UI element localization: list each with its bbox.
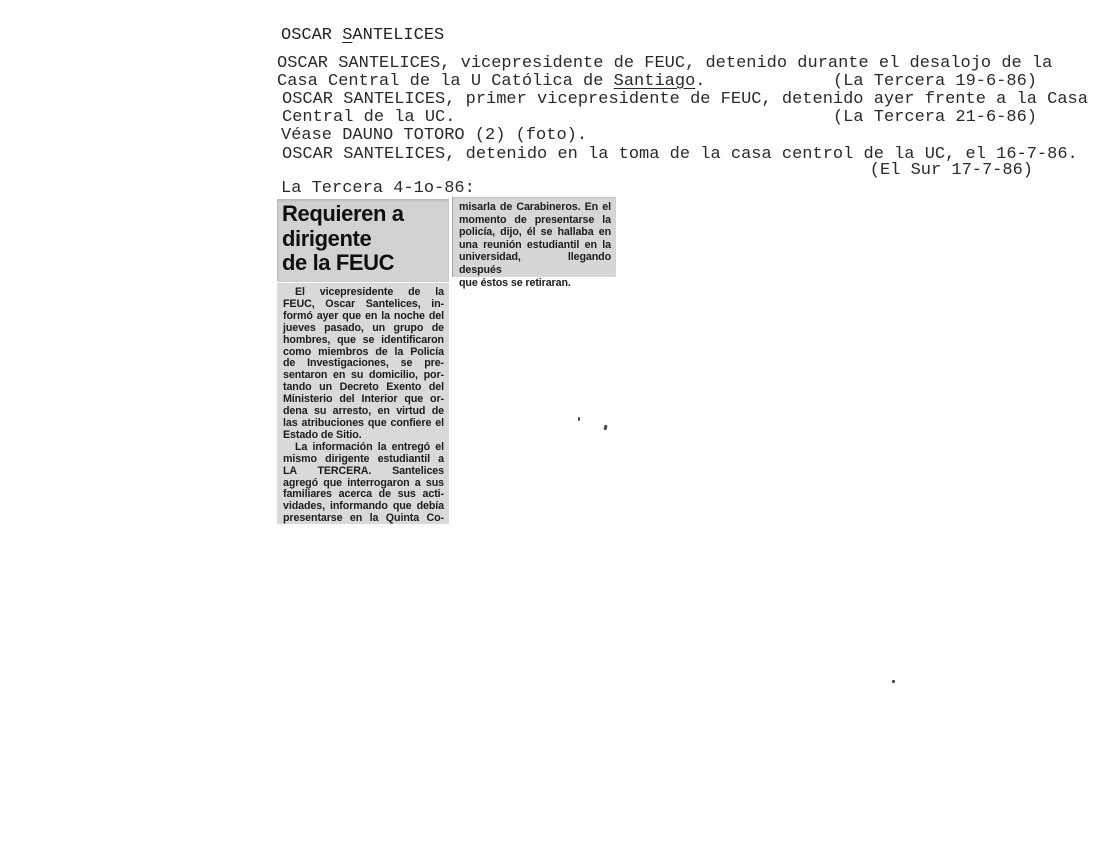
entry3-citation: (El Sur 17-7-86) xyxy=(870,162,1033,180)
clipping-headline-box: Requieren adirigentede la FEUC xyxy=(277,199,449,282)
entry1-citation: (La Tercera 19-6-86) xyxy=(833,73,1037,91)
clipping-column-left: El vicepresidente de laFEUC, Oscar Sante… xyxy=(277,283,449,524)
clip-text-line: una reunión estudiantil en la xyxy=(459,239,611,252)
clip-text-line: La información la entregó el xyxy=(283,442,444,454)
entry2-citation: (La Tercera 21-6-86) xyxy=(833,109,1037,127)
clip-text-line: misarla de Carabineros. En el xyxy=(459,201,611,214)
index-entry1-line1: OSCAR SANTELICES, vicepresidente de FEUC… xyxy=(277,55,1052,73)
clip-text-line: policía, dijo, él se hallaba en xyxy=(459,226,611,239)
clip-text-line: formó ayer que en la noche del xyxy=(283,311,444,323)
clip-text-line: Estado de Sitio. xyxy=(283,430,444,442)
clip-text-line: que éstos se retiraran. xyxy=(459,277,611,290)
cross-reference-line: Véase DAUNO TOTORO (2) (foto). xyxy=(281,127,587,145)
entry-heading-pre: OSCAR xyxy=(281,26,342,45)
clip-text-line: Requieren a xyxy=(282,202,443,227)
scan-speck xyxy=(892,680,895,683)
clip-text-line: dirigente xyxy=(282,227,443,252)
clip-text-line: mismo dirigente estudiantil a xyxy=(283,454,444,466)
clipping-source-label: La Tercera 4-1o-86: xyxy=(281,180,475,198)
clip-text-line: presentarse en la Quinta Co- xyxy=(283,513,444,525)
clip-text-line: momento de presentarse la xyxy=(459,214,611,227)
index-entry2-line1: OSCAR SANTELICES, primer vicepresidente … xyxy=(282,91,1088,109)
clip-text-line: hombres, que se identificaron xyxy=(283,335,444,347)
index-entry1-line2: Casa Central de la U Católica de Santiag… xyxy=(277,73,705,91)
entry1-line2-underlined: Santiago xyxy=(614,72,696,91)
entry-heading: OSCAR SANTELICES xyxy=(281,27,444,45)
clipping-column-right: misarla de Carabineros. En elmomento de … xyxy=(452,197,616,277)
entry1-line2-pre: Casa Central de la U Católica de xyxy=(277,72,614,91)
entry-heading-underlined: S xyxy=(342,26,352,45)
scan-speck xyxy=(578,417,580,421)
clip-text-line: universidad, llegando después xyxy=(459,251,611,276)
scanned-archive-page: OSCAR SANTELICES OSCAR SANTELICES, vicep… xyxy=(0,0,1100,850)
entry1-line2-post: . xyxy=(695,72,705,91)
clip-text-line: de la FEUC xyxy=(282,251,443,276)
clip-text-line: jueves pasado, un grupo de xyxy=(283,323,444,335)
index-entry2-line2: Central de la UC. xyxy=(282,109,455,127)
entry-heading-post: ANTELICES xyxy=(352,26,444,45)
clip-text-line: LA TERCERA. Santelices xyxy=(283,466,444,478)
scan-speck xyxy=(603,425,607,431)
